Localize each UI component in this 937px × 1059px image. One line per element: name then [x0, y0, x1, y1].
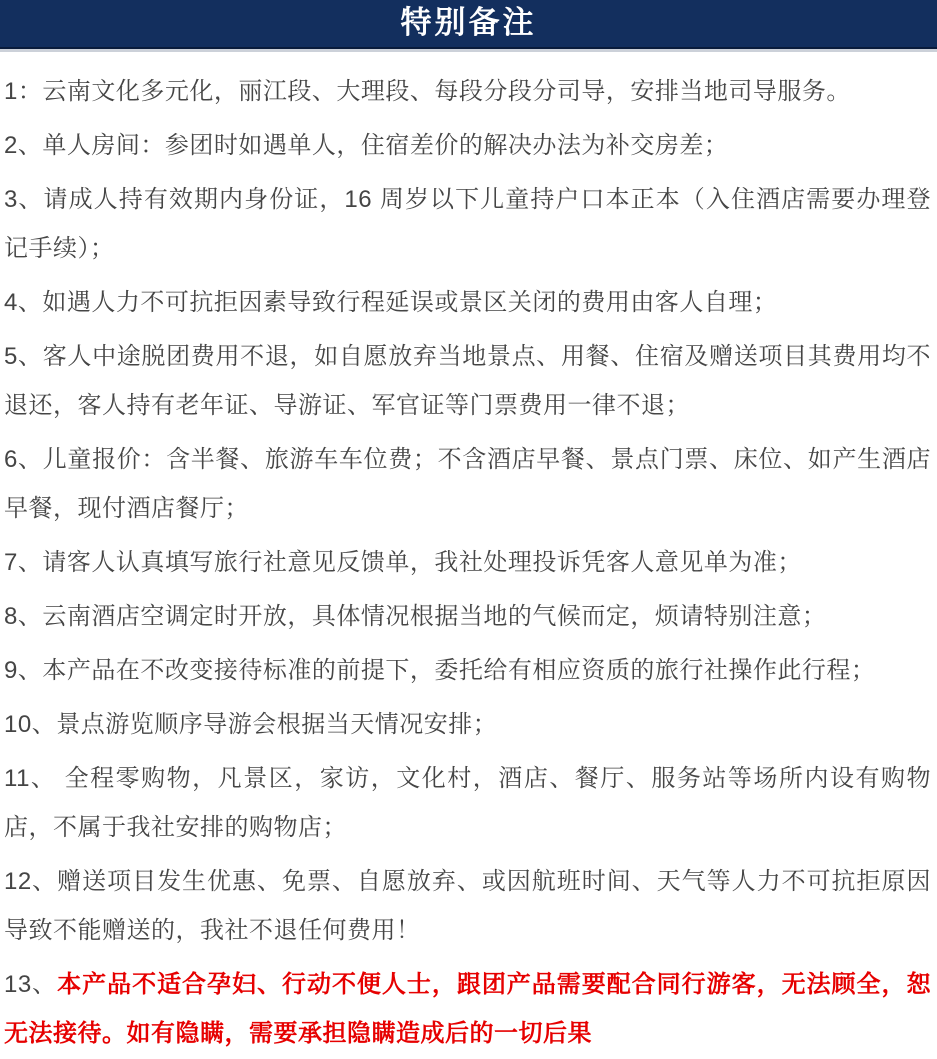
- note-number: 4、: [4, 289, 42, 316]
- note-text: 单人房间：参团时如遇单人，住宿差价的解决办法为补交房差；: [42, 132, 728, 159]
- note-number: 11、: [4, 765, 56, 792]
- note-text: 请客人认真填写旅行社意见反馈单，我社处理投诉凭客人意见单为准；: [42, 549, 802, 576]
- note-number: 10、: [4, 711, 56, 738]
- header-banner: 特别备注: [0, 0, 937, 49]
- note-text: 云南文化多元化，丽江段、大理段、每段分段分司导，安排当地司导服务。: [42, 78, 851, 105]
- note-number: 7、: [4, 549, 42, 576]
- note-number: 2、: [4, 132, 42, 159]
- note-text: 如遇人力不可抗拒因素导致行程延误或景区关闭的费用由客人自理；: [42, 289, 777, 316]
- note-number: 1：: [4, 78, 42, 105]
- note-item-4: 4、如遇人力不可抗拒因素导致行程延误或景区关闭的费用由客人自理；: [4, 278, 931, 327]
- note-item-9: 9、本产品在不改变接待标准的前提下，委托给有相应资质的旅行社操作此行程；: [4, 646, 931, 695]
- note-text: 赠送项目发生优惠、免票、自愿放弃、或因航班时间、天气等人力不可抗拒原因导致不能赠…: [4, 868, 931, 944]
- note-item-1: 1：云南文化多元化，丽江段、大理段、每段分段分司导，安排当地司导服务。: [4, 67, 931, 116]
- note-text: 云南酒店空调定时开放，具体情况根据当地的气候而定，烦请特别注意；: [42, 603, 826, 630]
- note-item-6: 6、儿童报价：含半餐、旅游车车位费；不含酒店早餐、景点门票、床位、如产生酒店早餐…: [4, 435, 931, 533]
- note-number: 12、: [4, 868, 57, 895]
- note-number: 8、: [4, 603, 42, 630]
- note-item-11: 11、 全程零购物，凡景区，家访，文化村，酒店、餐厅、服务站等场所内设有购物店，…: [4, 754, 931, 852]
- note-text: 客人中途脱团费用不退，如自愿放弃当地景点、用餐、住宿及赠送项目其费用均不退还，客…: [4, 343, 931, 419]
- note-number: 13、: [4, 971, 57, 998]
- special-notes-list: 1：云南文化多元化，丽江段、大理段、每段分段分司导，安排当地司导服务。 2、单人…: [0, 52, 937, 1058]
- note-number: 5、: [4, 343, 43, 370]
- note-item-5: 5、客人中途脱团费用不退，如自愿放弃当地景点、用餐、住宿及赠送项目其费用均不退还…: [4, 332, 931, 430]
- note-item-8: 8、云南酒店空调定时开放，具体情况根据当地的气候而定，烦请特别注意；: [4, 592, 931, 641]
- note-number: 6、: [4, 446, 43, 473]
- page-title: 特别备注: [401, 8, 537, 39]
- note-text: 景点游览顺序导游会根据当天情况安排；: [56, 711, 497, 738]
- note-item-10: 10、景点游览顺序导游会根据当天情况安排；: [4, 700, 931, 749]
- note-number: 3、: [4, 186, 44, 213]
- note-number: 9、: [4, 657, 42, 684]
- note-item-13: 13、本产品不适合孕妇、行动不便人士，跟团产品需要配合同行游客，无法顾全，恕无法…: [4, 960, 931, 1058]
- note-item-12: 12、赠送项目发生优惠、免票、自愿放弃、或因航班时间、天气等人力不可抗拒原因导致…: [4, 857, 931, 955]
- note-item-2: 2、单人房间：参团时如遇单人，住宿差价的解决办法为补交房差；: [4, 121, 931, 170]
- note-text: 全程零购物，凡景区，家访，文化村，酒店、餐厅、服务站等场所内设有购物店，不属于我…: [4, 765, 931, 841]
- note-text: 请成人持有效期内身份证，16 周岁以下儿童持户口本正本（入住酒店需要办理登记手续…: [4, 186, 931, 262]
- note-text: 本产品在不改变接待标准的前提下，委托给有相应资质的旅行社操作此行程；: [42, 657, 875, 684]
- note-item-7: 7、请客人认真填写旅行社意见反馈单，我社处理投诉凭客人意见单为准；: [4, 538, 931, 587]
- note-text-emphasis: 本产品不适合孕妇、行动不便人士，跟团产品需要配合同行游客，无法顾全，恕无法接待。…: [4, 971, 931, 1047]
- note-item-3: 3、请成人持有效期内身份证，16 周岁以下儿童持户口本正本（入住酒店需要办理登记…: [4, 175, 931, 273]
- note-text: 儿童报价：含半餐、旅游车车位费；不含酒店早餐、景点门票、床位、如产生酒店早餐，现…: [4, 446, 931, 522]
